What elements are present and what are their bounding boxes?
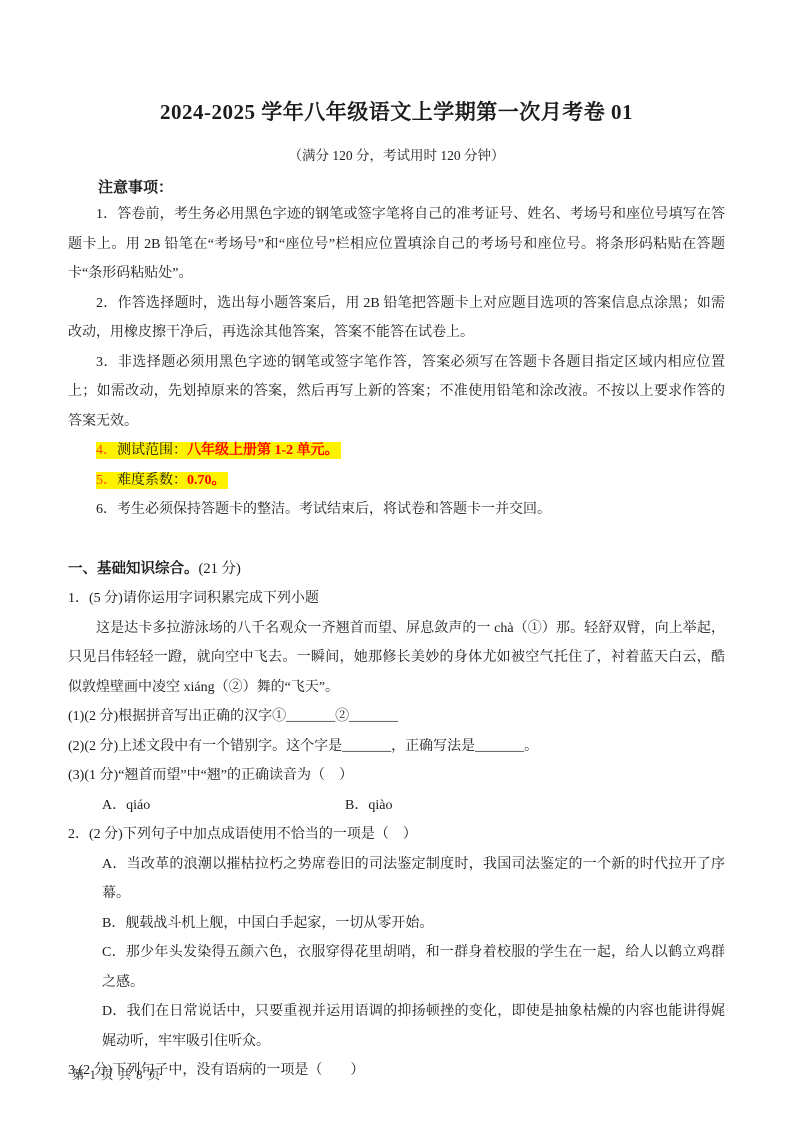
question-2-stem: 2．(2 分)下列句子中加点成语使用不恰当的一项是（ ） [68, 820, 725, 850]
exam-meta: （满分 120 分，考试用时 120 分钟） [68, 146, 725, 166]
notice-item-1: 1．答卷前，考生务必用黑色字迹的钢笔或签字笔将自己的准考证号、姓名、考场号和座位… [68, 200, 725, 289]
notice-item-6: 6．考生必须保持答题卡的整洁。考试结束后，将试卷和答题卡一并交回。 [68, 495, 725, 525]
question-1-passage: 这是达卡多拉游泳场的八千名观众一齐翘首而望、屏息敛声的一 chà（①）那。轻舒双… [68, 614, 725, 703]
page-title: 2024-2025 学年八年级语文上学期第一次月考卷 01 [68, 96, 725, 128]
question-2-option-c: C．那少年头发染得五颜六色，衣服穿得花里胡哨，和一群身着校服的学生在一起，给人以… [102, 938, 725, 997]
notice-item-3: 3．非选择题必须用黑色字迹的钢笔或签字笔作答，答案必须写在答题卡各题目指定区域内… [68, 348, 725, 437]
test-scope-label: 测试范围： [117, 443, 187, 458]
difficulty-label: 难度系数： [117, 473, 187, 488]
difficulty-value: 0.70。 [187, 473, 226, 488]
notice-item-5-number: 5． [96, 473, 117, 488]
page-footer: 第 1 页 共 8 页 [72, 1066, 161, 1084]
page-content: 2024-2025 学年八年级语文上学期第一次月考卷 01 （满分 120 分，… [0, 96, 793, 1086]
question-1-sub-1: (1)(2 分)根据拼音写出正确的汉字①_______②_______ [68, 702, 725, 732]
question-2-option-a: A．当改革的浪潮以摧枯拉朽之势席卷旧的司法鉴定制度时，我国司法鉴定的一个新的时代… [102, 850, 725, 909]
question-1-sub-2: (2)(2 分)上述文段中有一个错别字。这个字是_______，正确写法是___… [68, 732, 725, 762]
option-a-qiao2: A．qiáo [102, 791, 345, 821]
difficulty-highlight: 5．难度系数：0.70。 [96, 472, 228, 489]
notice-item-2: 2．作答选择题时，选出每小题答案后，用 2B 铅笔把答题卡上对应题目选项的答案信… [68, 289, 725, 348]
exam-paper-page: 2024-2025 学年八年级语文上学期第一次月考卷 01 （满分 120 分，… [0, 0, 793, 1122]
test-scope-highlight: 4．测试范围：八年级上册第 1-2 单元。 [96, 442, 341, 459]
question-1-sub-3: (3)(1 分)“翘首而望”中“翘”的正确读音为（ ） [68, 761, 725, 791]
notice-item-5: 5．难度系数：0.70。 [68, 466, 725, 496]
question-3-stem: 3.(2 分)下列句子中，没有语病的一项是（ ） [68, 1056, 725, 1086]
notice-item-4: 4．测试范围：八年级上册第 1-2 单元。 [68, 436, 725, 466]
question-2-option-d: D．我们在日常说话中，只要重视并运用语调的抑扬顿挫的变化，即使是抽象枯燥的内容也… [102, 997, 725, 1056]
question-2-option-b: B．舰载战斗机上舰，中国白手起家，一切从零开始。 [102, 909, 725, 939]
section-1-heading: 一、基础知识综合。(21 分) [68, 555, 725, 585]
test-scope-value: 八年级上册第 1-2 单元。 [187, 443, 339, 458]
section-1-score: (21 分) [199, 561, 241, 577]
section-1-title: 一、基础知识综合。 [68, 561, 199, 577]
notice-item-4-number: 4． [96, 443, 117, 458]
option-b-qiao4: B．qiào [345, 791, 392, 821]
question-1-stem: 1．(5 分)请你运用字词积累完成下列小题 [68, 584, 725, 614]
notice-heading: 注意事项： [68, 177, 725, 200]
question-1-sub-3-options: A．qiáo B．qiào [102, 791, 725, 821]
